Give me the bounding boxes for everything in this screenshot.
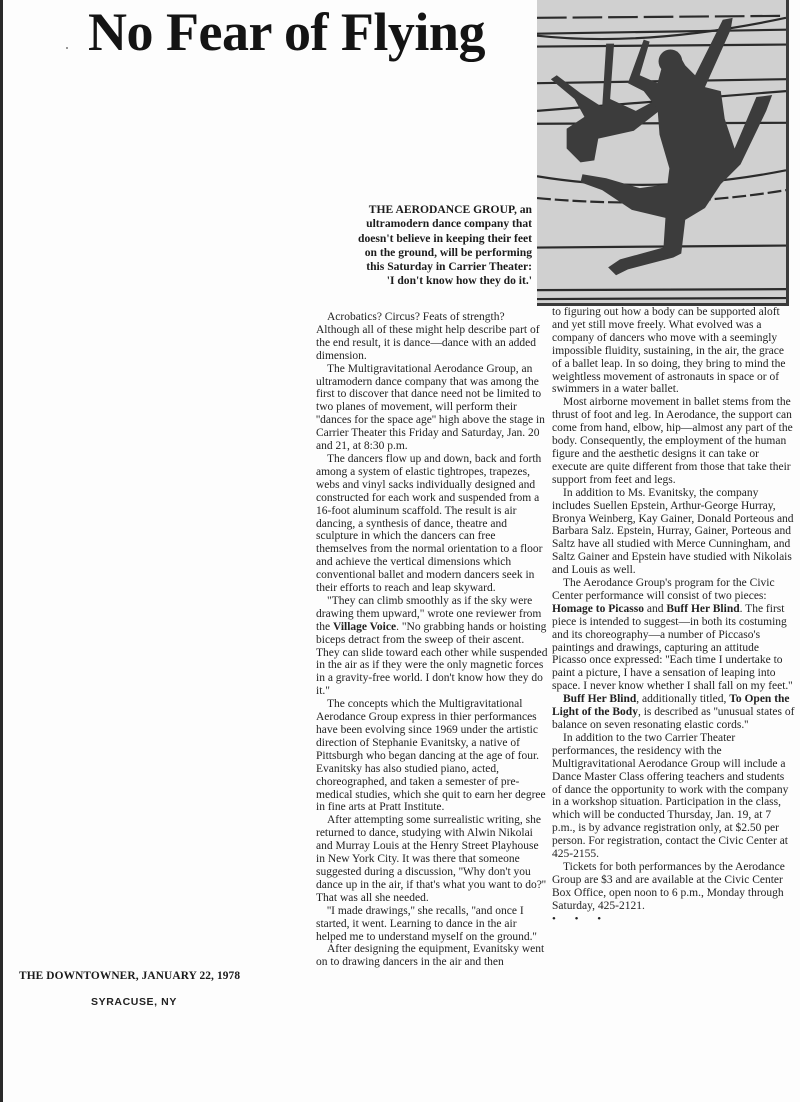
text: and [644,603,666,615]
work-title: Buff Her Blind [563,693,636,705]
text: . The first piece is intended to suggest… [552,603,792,692]
publication-name: Village Voice [333,621,396,633]
text: , additionally titled, [636,693,729,705]
paragraph: Tickets for both performances by the Aer… [552,861,796,913]
paragraph-buff-her-blind: Buff Her Blind, additionally titled, To … [552,693,796,732]
source-place: SYRACUSE, NY [91,996,177,1008]
article-column-1: Acrobatics? Circus? Feats of strength? A… [316,311,548,969]
paragraph: The dancers flow up and down, back and f… [316,453,548,595]
paragraph: After attempting some surrealistic writi… [316,814,548,904]
paragraph: ''I made drawings,'' she recalls, ''and … [316,905,548,944]
paragraph: Acrobatics? Circus? Feats of strength? A… [316,311,548,363]
work-title: Buff Her Blind [666,603,739,615]
article-column-2: to figuring out how a body can be suppor… [552,306,796,926]
scan-speck [66,47,68,49]
aerial-dancers-image [537,0,786,303]
headline: No Fear of Flying [88,2,485,62]
paragraph: Most airborne movement in ballet stems f… [552,396,796,486]
work-title: Homage to Picasso [552,603,644,615]
paragraph: The Multigravitational Aerodance Group, … [316,363,548,453]
dancers-photo-icon [537,0,789,306]
article-deck: THE AERODANCE GROUP, an ultramodern danc… [356,203,532,289]
text: The Aerodance Group's program for the Ci… [552,577,775,602]
paragraph-continuation: to figuring out how a body can be suppor… [552,306,796,396]
end-mark: • • • [552,913,796,926]
paragraph: The concepts which the Multigravitationa… [316,698,548,814]
paragraph: In addition to Ms. Evanitsky, the compan… [552,487,796,577]
scan-left-border [0,0,3,1102]
paragraph: In addition to the two Carrier Theater p… [552,732,796,861]
source-dateline: THE DOWNTOWNER, JANUARY 22, 1978 [19,970,259,982]
paragraph: After designing the equipment, Evanitsky… [316,943,548,969]
paragraph-village-voice-quote: "They can climb smoothly as if the sky w… [316,595,548,698]
paragraph-program: The Aerodance Group's program for the Ci… [552,577,796,693]
